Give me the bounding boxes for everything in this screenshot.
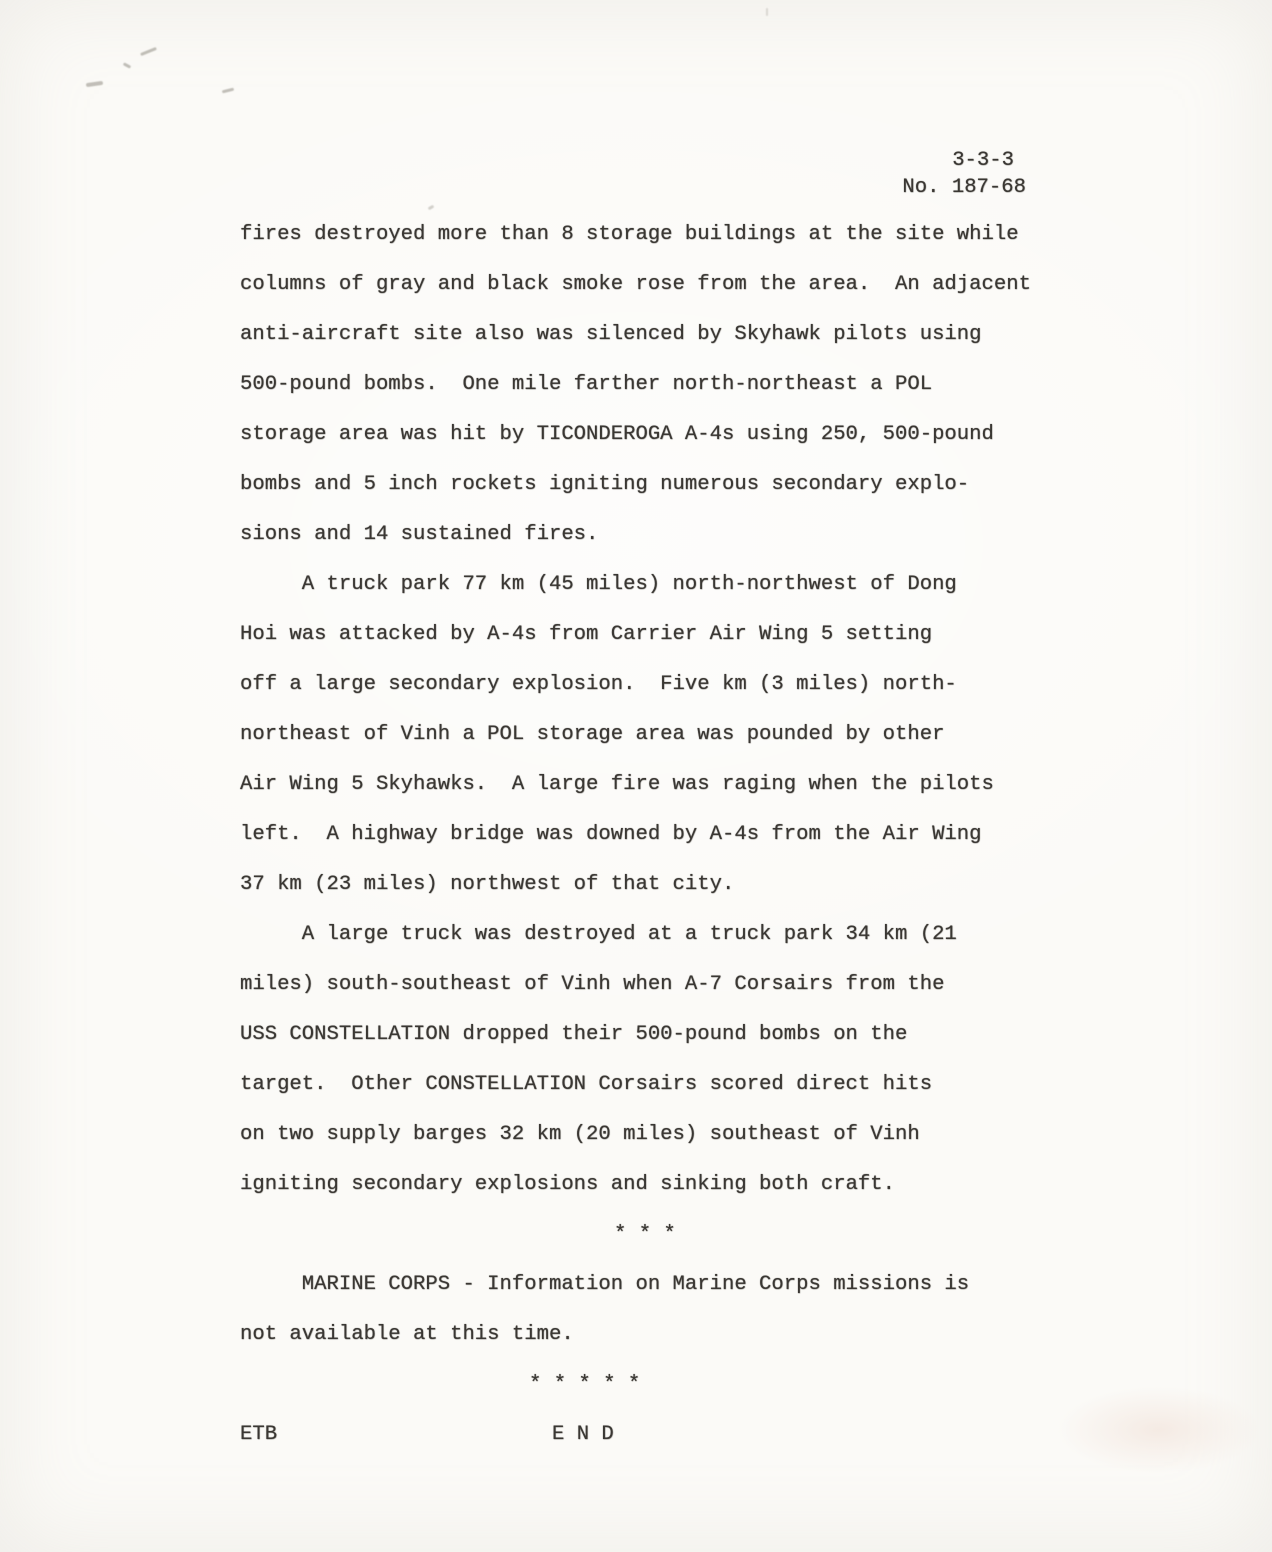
release-number: No. 187-68 (858, 174, 1026, 201)
end-separator-asterisks: * * * * * (240, 1360, 1052, 1410)
document-footer: ETB E N D (240, 1410, 1052, 1460)
document-body: fires destroyed more than 8 storage buil… (240, 210, 1052, 1460)
paragraph-air-strikes: fires destroyed more than 8 storage buil… (240, 210, 1052, 560)
typist-initials: ETB (240, 1423, 277, 1446)
pencil-mark (123, 62, 131, 68)
paragraph-marine-corps: MARINE CORPS - Information on Marine Cor… (240, 1260, 1052, 1360)
pencil-mark (86, 81, 103, 87)
end-label: E N D (552, 1410, 614, 1460)
page-number: 3-3-3 (858, 147, 1026, 174)
section-separator-asterisks: * * * (240, 1210, 1052, 1260)
pencil-mark (222, 88, 234, 94)
paragraph-truck-park-dong-hoi: A truck park 77 km (45 miles) north-nort… (240, 560, 1052, 910)
document-header: 3-3-3 No. 187-68 (858, 147, 1026, 201)
pencil-mark (140, 47, 157, 56)
paragraph-constellation-corsairs: A large truck was destroyed at a truck p… (240, 910, 1052, 1210)
scanned-document-page: 3-3-3 No. 187-68 fires destroyed more th… (0, 0, 1272, 1552)
scan-speck (766, 8, 768, 16)
